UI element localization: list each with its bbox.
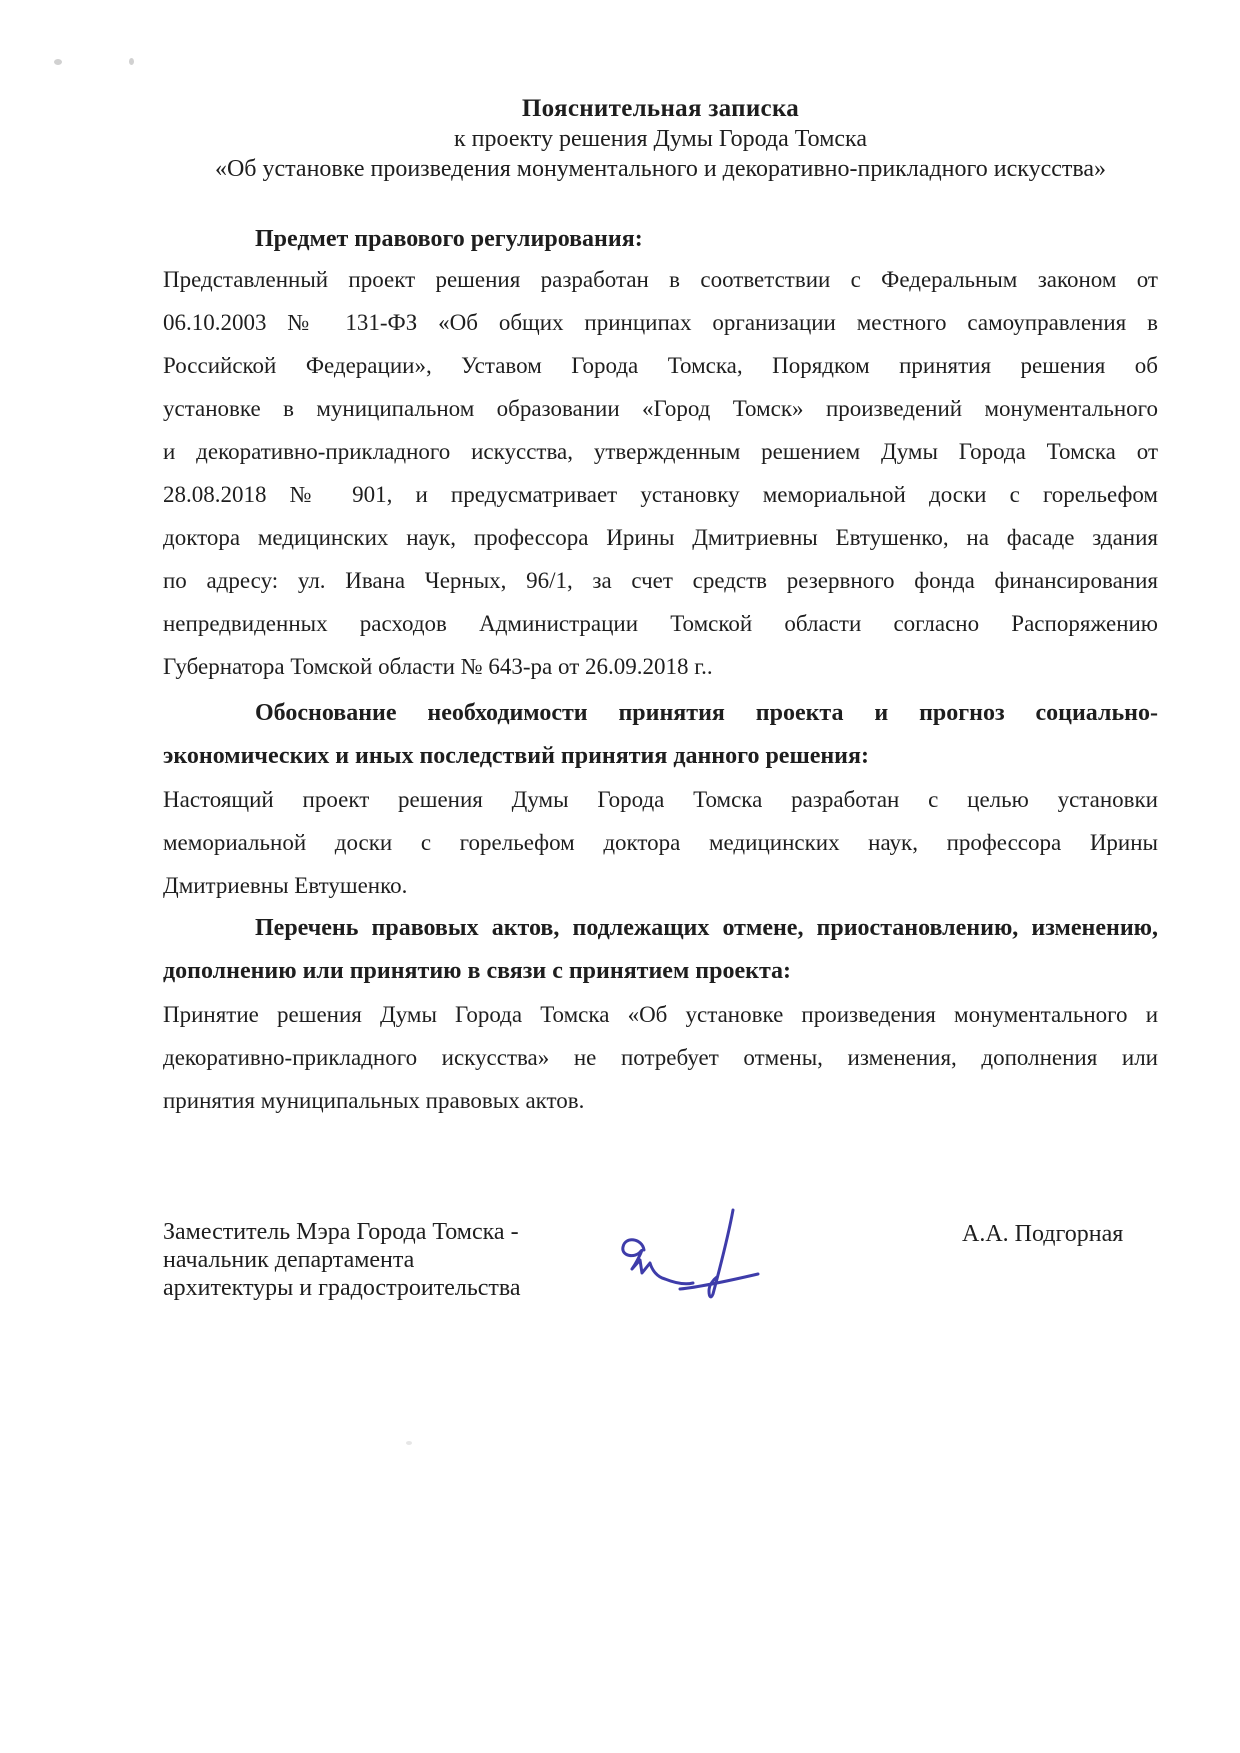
doc-subject-line: «Об установке произведения монументально… [163, 154, 1158, 184]
section-heading: Перечень правовых актов, подлежащих отме… [163, 907, 1158, 950]
section3-paragraph: Принятие решения Думы Города Томска «Об … [163, 993, 1158, 1122]
signature-icon [580, 1198, 770, 1310]
section-heading: Предмет правового регулирования: [163, 219, 1158, 259]
text-line: 28.08.2018 № 901, и предусматривает уста… [163, 473, 1158, 516]
text-line: 06.10.2003 № 131-ФЗ «Об общих принципах … [163, 301, 1158, 344]
section-heading: дополнению или принятию в связи с принят… [163, 950, 1158, 993]
text-line: непредвиденных расходов Администрации То… [163, 602, 1158, 645]
text-line: Дмитриевны Евтушенко. [163, 864, 1158, 907]
text-line: принятия муниципальных правовых актов. [163, 1079, 1158, 1122]
section2-paragraph: Настоящий проект решения Думы Города Том… [163, 778, 1158, 907]
scan-speck [54, 59, 62, 65]
text-line: доктора медицинских наук, профессора Ири… [163, 516, 1158, 559]
text-line: декоративно-прикладного искусства» не по… [163, 1036, 1158, 1079]
scan-speck [406, 1441, 412, 1445]
signatory-title: Заместитель Мэра Города Томска - начальн… [163, 1218, 623, 1302]
signatory-title-line: начальник департамента [163, 1246, 623, 1274]
section1-heading-block: Предмет правового регулирования: [163, 219, 1158, 259]
section-heading: Обоснование необходимости принятия проек… [163, 692, 1158, 735]
text-line: установке в муниципальном образовании «Г… [163, 387, 1158, 430]
signatory-title-line: Заместитель Мэра Города Томска - [163, 1218, 623, 1246]
section2-heading-block: Обоснование необходимости принятия проек… [163, 692, 1158, 778]
doc-subtitle: к проекту решения Думы Города Томска [163, 124, 1158, 154]
text-line: Принятие решения Думы Города Томска «Об … [163, 993, 1158, 1036]
document-header: Пояснительная записка к проекту решения … [163, 94, 1158, 184]
text-line: Представленный проект решения разработан… [163, 258, 1158, 301]
section-heading: экономических и иных последствий приняти… [163, 735, 1158, 778]
text-line: Настоящий проект решения Думы Города Том… [163, 778, 1158, 821]
text-line: Губернатора Томской области № 643-ра от … [163, 645, 1158, 688]
signatory-title-line: архитектуры и градостроительства [163, 1274, 623, 1302]
handwritten-signature [580, 1198, 770, 1310]
document-page: Пояснительная записка к проекту решения … [0, 0, 1240, 1753]
signatory-name: А.А. Подгорная [962, 1220, 1123, 1248]
section1-paragraph: Представленный проект решения разработан… [163, 258, 1158, 688]
text-line: по адресу: ул. Ивана Черных, 96/1, за сч… [163, 559, 1158, 602]
page-title: Пояснительная записка [163, 94, 1158, 124]
text-line: Российской Федерации», Уставом Города То… [163, 344, 1158, 387]
scan-speck [129, 58, 134, 65]
text-line: мемориальной доски с горельефом доктора … [163, 821, 1158, 864]
text-line: и декоративно-прикладного искусства, утв… [163, 430, 1158, 473]
section3-heading-block: Перечень правовых актов, подлежащих отме… [163, 907, 1158, 993]
